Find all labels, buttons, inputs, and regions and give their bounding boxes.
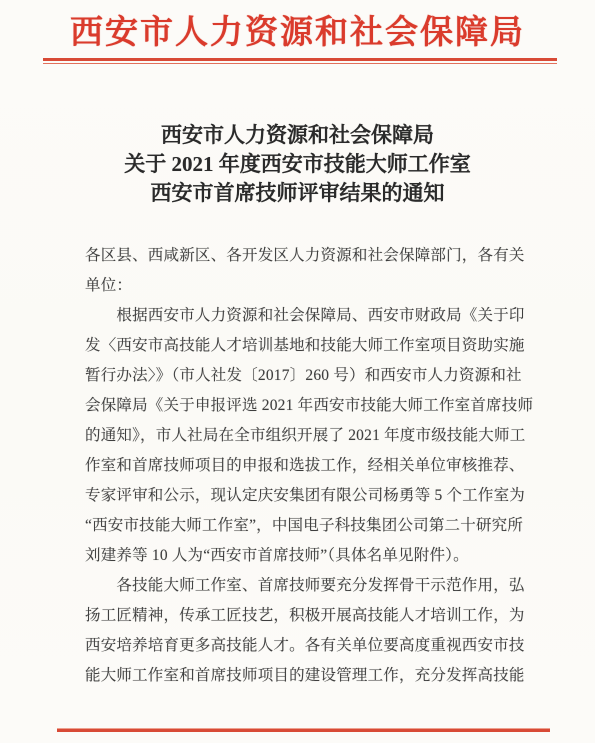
body-line: 扬工匠精神，传承工匠技艺，积极开展高技能人才培训工作，为 [85,601,525,631]
letterhead-title: 西安市人力资源和社会保障局 [0,0,595,55]
document-title-line: 西安市人力资源和社会保障局 [0,121,595,150]
body-line: 单位： [85,271,525,301]
letterhead-rule [0,58,595,64]
body-line: 根据西安市人力资源和社会保障局、西安市财政局《关于印 [85,301,525,331]
body-line: “西安市技能大师工作室”，中国电子科技集团公司第二十研究所 [85,511,525,541]
body-line: 暂行办法〉》（市人社发〔2017〕260 号）和西安市人力资源和社 [85,361,525,391]
body-line: 发〈西安市高技能人才培训基地和技能大师工作室项目资助实施 [85,331,525,361]
body-line: 刘建养等 10 人为“西安市首席技师”（具体名单见附件）。 [85,541,525,571]
document-page: 西安市人力资源和社会保障局 西安市人力资源和社会保障局 关于 2021 年度西安… [0,0,595,743]
body-line: 专家评审和公示，现认定庆安集团有限公司杨勇等 5 个工作室为 [85,481,525,511]
body-line: 的通知》，市人社局在全市组织开展了 2021 年度市级技能大师工 [85,421,525,451]
body-line: 西安培养培育更多高技能人才。各有关单位要高度重视西安市技 [85,631,525,661]
footer-rule [57,728,550,732]
body-line: 能大师工作室和首席技师项目的建设管理工作，充分发挥高技能 [85,661,525,691]
document-title: 西安市人力资源和社会保障局 关于 2021 年度西安市技能大师工作室 西安市首席… [0,121,595,208]
body-line: 作室和首席技师项目的申报和选拔工作，经相关单位审核推荐、 [85,451,525,481]
document-body: 各区县、西咸新区、各开发区人力资源和社会保障部门，各有关 单位： 根据西安市人力… [85,241,525,691]
letterhead-rule-thick [43,58,557,61]
document-title-line: 关于 2021 年度西安市技能大师工作室 [0,150,595,179]
body-line: 会保障局《关于申报评选 2021 年西安市技能大师工作室首席技师 [85,391,525,421]
body-line: 各区县、西咸新区、各开发区人力资源和社会保障部门，各有关 [85,241,525,271]
document-title-line: 西安市首席技师评审结果的通知 [0,179,595,208]
letterhead-rule-thin [43,63,557,64]
body-line: 各技能大师工作室、首席技师要充分发挥骨干示范作用，弘 [85,571,525,601]
